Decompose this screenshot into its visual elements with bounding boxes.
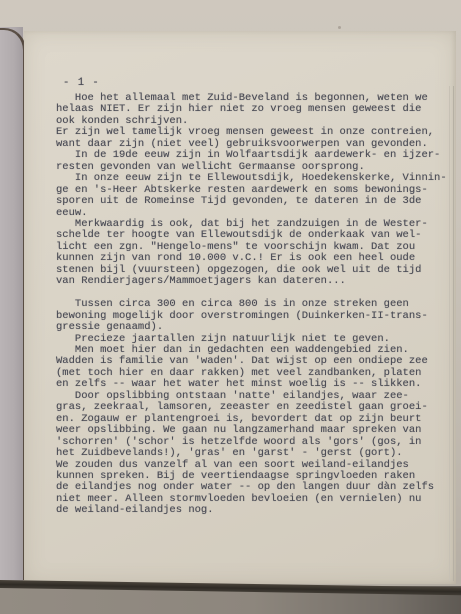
book-spine-edge [0, 28, 26, 580]
page-number: - 1 - [63, 77, 100, 89]
paper-speck [338, 26, 341, 29]
text-page: - 1 - Hoe het allemaal met Zuid-Beveland… [24, 31, 456, 584]
page-body-text: Hoe het allemaal met Zuid-Beveland is be… [56, 93, 447, 517]
book-page-photo: - 1 - Hoe het allemaal met Zuid-Beveland… [0, 0, 461, 614]
